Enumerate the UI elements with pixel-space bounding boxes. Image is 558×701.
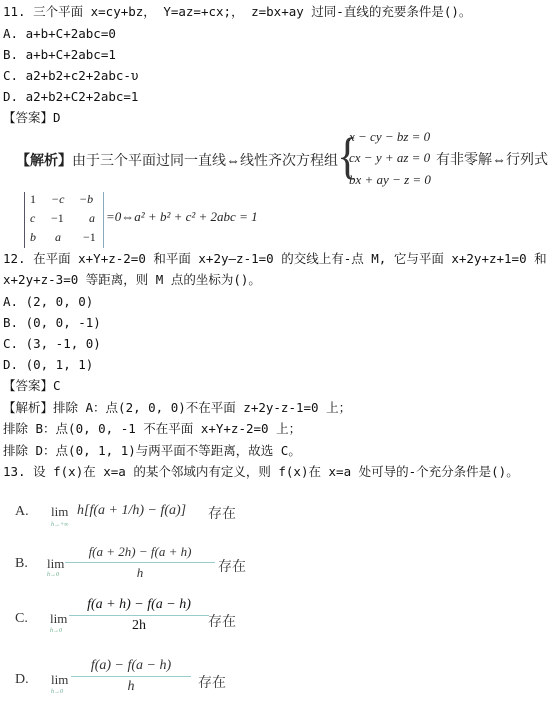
exists-text: 存在: [198, 672, 226, 692]
fraction-bar: [69, 615, 209, 616]
det-cell: c: [30, 211, 35, 226]
system-eq-1: x − cy − bz = 0: [349, 129, 430, 145]
fraction-bar: [65, 562, 215, 563]
q11-answer: 【答案】D: [3, 110, 61, 126]
fraction: f(a + h) − f(a − h) 2h: [69, 597, 209, 634]
analysis-label: 【解析】: [16, 154, 72, 169]
q13-option-c: C. lim h→0 f(a + h) − f(a − h) 2h 存在: [15, 597, 275, 643]
lim-operator: lim: [51, 504, 68, 520]
lim-subscript: h→0: [50, 628, 62, 634]
q11-stem: 11. 三个平面 x=cy+bz， Y=az=+cx;， z=bx+ay 过同-…: [3, 4, 471, 20]
lim-operator: lim: [51, 672, 68, 688]
q12-stem-line2: x+2y+z-3=0 等距离，则 M 点的坐标为()。: [3, 272, 261, 288]
q12-analysis-1: 【解析】排除 A：点(2, 0, 0)不在平面 z+2y-z-1=0 上；: [3, 400, 351, 416]
det-cell: −1: [51, 211, 64, 226]
q11-analysis-text: 【解析】由于三个平面过同一直线⇔线性齐次方程组: [16, 150, 338, 170]
q12-analysis-2: 排除 B：点(0, 0, -1 不在平面 x+Y+z-2=0 上；: [3, 421, 301, 437]
det-cell: −1: [83, 230, 96, 245]
q12-stem-line1: 12. 在平面 x+Y+z-2=0 和平面 x+2y—z-1=0 的交线上有-点…: [3, 251, 547, 267]
numerator: f(a) − f(a − h): [71, 658, 191, 674]
q12-option-c: C. (3, -1, 0): [3, 336, 101, 352]
exists-text: 存在: [208, 611, 236, 631]
analysis-after-system: 有非零解⇔行列式: [436, 149, 548, 169]
system-eq-3: bx + ay − z = 0: [349, 172, 431, 188]
q13-stem: 13. 设 f(x)在 x=a 的某个邻域内有定义，则 f(x)在 x=a 处可…: [3, 464, 519, 480]
system-eq-2: cx − y + az = 0: [349, 150, 430, 166]
determinant: 1 −c −b c −1 a b a −1: [24, 192, 104, 248]
denominator: h: [65, 565, 215, 581]
option-label: C.: [15, 611, 28, 627]
q13-option-d: D. lim h→0 f(a) − f(a − h) h 存在: [15, 660, 275, 700]
det-cell: b: [30, 230, 36, 245]
q11-option-c: C. a2+b2+c2+2abc-υ: [3, 68, 138, 84]
q12-option-d: D. (0, 1, 1): [3, 357, 93, 373]
analysis-body: 由于三个平面过同一直线⇔线性齐次方程组: [72, 154, 338, 169]
q11-option-b: B. a+b+C+2abc=1: [3, 47, 116, 63]
q12-option-b: B. (0, 0, -1): [3, 315, 101, 331]
det-cell: −c: [51, 192, 64, 207]
q11-option-d: D. a2+b2+C2+2abc=1: [3, 89, 138, 105]
numerator: f(a + h) − f(a − h): [69, 597, 209, 613]
exists-text: 存在: [208, 503, 236, 523]
option-label: B.: [15, 556, 28, 572]
denominator: 2h: [69, 618, 209, 634]
exists-text: 存在: [218, 556, 246, 576]
numerator: f(a + 2h) − f(a + h): [65, 544, 215, 560]
det-cell: a: [89, 211, 95, 226]
q13-option-b: B. lim h→0 f(a + 2h) − f(a + h) h 存在: [15, 544, 275, 584]
fraction: f(a + 2h) − f(a + h) h: [65, 544, 215, 581]
q13-option-a: A. lim h→+∞ h[f(a + 1/h) − f(a)] 存在: [15, 496, 275, 532]
lim-subscript: h→0: [51, 689, 63, 695]
determinant-result: =0⇔a² + b² + c² + 2abc = 1: [106, 209, 258, 225]
det-cell: a: [55, 230, 61, 245]
lim-operator: lim: [47, 556, 64, 572]
q12-option-a: A. (2, 0, 0): [3, 294, 93, 310]
limit-expression: h[f(a + 1/h) − f(a)]: [77, 503, 186, 519]
q12-analysis-3: 排除 D：点(0, 1, 1)与两平面不等距离，故选 C。: [3, 443, 301, 459]
q11-option-a: A. a+b+C+2abc=0: [3, 26, 116, 42]
fraction-bar: [71, 676, 191, 677]
det-cell: −b: [79, 192, 93, 207]
q12-answer: 【答案】C: [3, 378, 61, 394]
lim-subscript: h→+∞: [51, 522, 68, 528]
det-cell: 1: [30, 192, 36, 207]
lim-subscript: h→0: [47, 572, 59, 578]
lim-operator: lim: [50, 611, 67, 627]
option-label: A.: [15, 504, 29, 520]
denominator: h: [71, 679, 191, 695]
option-label: D.: [15, 672, 29, 688]
fraction: f(a) − f(a − h) h: [71, 658, 191, 695]
